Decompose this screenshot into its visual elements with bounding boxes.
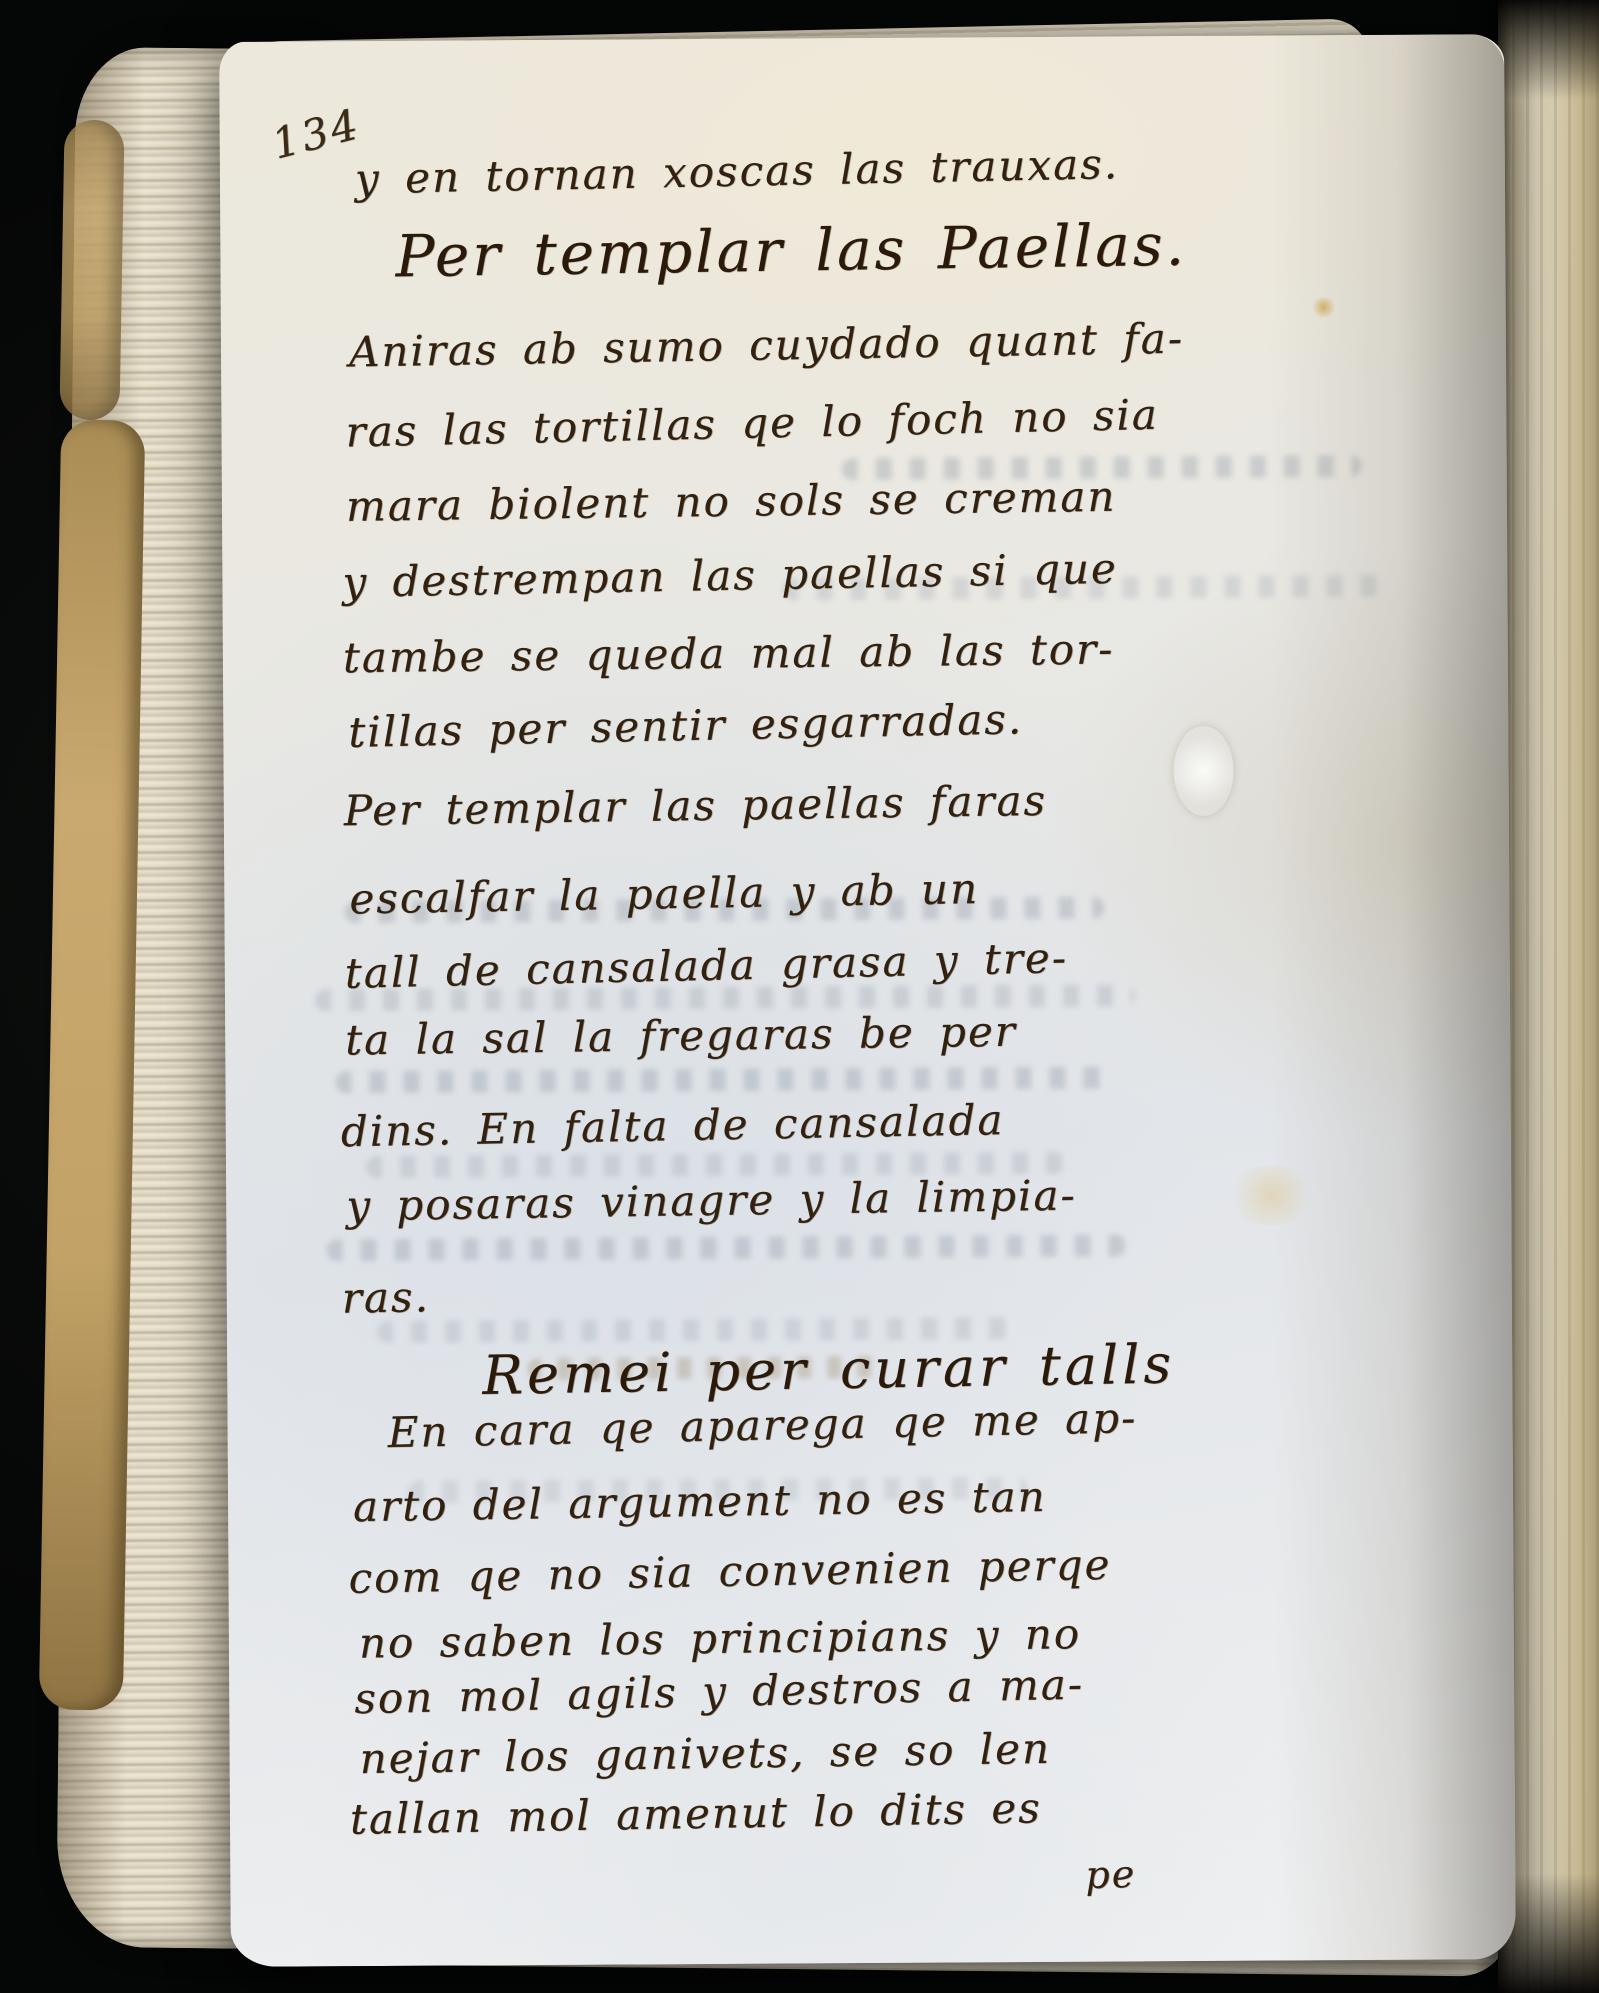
page-number: 134 <box>267 99 366 169</box>
section-heading: Per templar las Paellas. <box>395 211 1187 291</box>
text-line: escalfar la paella y ab un <box>349 864 979 923</box>
catchword: pe <box>1085 1852 1137 1897</box>
text-line: son mol agils y destros a ma- <box>354 1660 1085 1724</box>
book-binding-top <box>59 119 124 420</box>
gutter-shadow <box>1264 34 1516 1960</box>
text-line: Aniras ab sumo cuydado quant fa- <box>349 314 1185 377</box>
text-line: tambe se queda mal ab las tor- <box>343 624 1115 682</box>
bleedthrough-ghost-text <box>326 1234 1126 1261</box>
manuscript-photo: 134 y en tornan xoscas las trauxas. Per … <box>0 0 1599 1993</box>
text-line: dins. En falta de cansalada <box>340 1095 1004 1156</box>
text-line: y en tornan xoscas las trauxas. <box>355 139 1120 203</box>
text-line: ta la sal la fregaras be per <box>345 1007 1017 1065</box>
text-line: arto del argument no es tan <box>353 1472 1047 1531</box>
paper-flaw <box>1173 726 1234 816</box>
text-line: y posaras vinagre y la limpia- <box>346 1171 1077 1231</box>
manuscript-page: 134 y en tornan xoscas las trauxas. Per … <box>219 34 1516 1967</box>
text-line: Per templar las paellas faras <box>343 776 1047 835</box>
text-line: mara biolent no sols se creman <box>346 472 1117 531</box>
text-line: tillas per sentir esgarradas. <box>348 694 1024 757</box>
text-line: ras. <box>341 1272 430 1322</box>
text-line: ras las tortillas qe lo foch no sia <box>345 390 1159 457</box>
text-line: tallan mol amenut lo dits es <box>350 1783 1042 1843</box>
text-line: com qe no sia convenien perqe <box>348 1540 1112 1603</box>
text-line: no saben los principians y no <box>359 1609 1082 1667</box>
text-line: nejar los ganivets, se so len <box>359 1724 1051 1783</box>
bleedthrough-ghost-text <box>335 1066 1115 1093</box>
